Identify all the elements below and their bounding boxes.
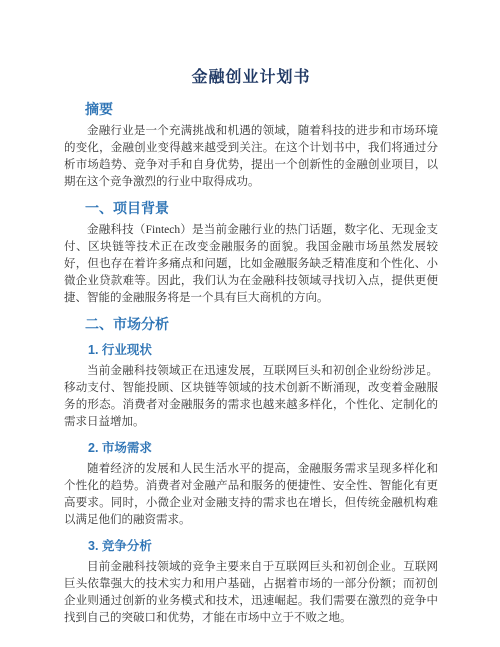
subheading-competition-analysis: 3. 竞争分析 <box>88 538 438 554</box>
paragraph-abstract: 金融行业是一个充满挑战和机遇的领域，随着科技的进步和市场环境的变化，金融创业变得… <box>64 123 438 191</box>
paragraph-industry-status: 当前金融科技领域正在迅速发展，互联网巨头和初创企业纷纷涉足。移动支付、智能投顾、… <box>64 363 438 431</box>
document-page: 金融创业计划书 摘要 金融行业是一个充满挑战和机遇的领域，随着科技的进步和市场环… <box>0 0 500 647</box>
paragraph-competition-analysis: 目前金融科技领域的竞争主要来自于互联网巨头和初创企业。互联网巨头依靠强大的技术实… <box>64 559 438 627</box>
paragraph-project-background: 金融科技（Fintech）是当前金融行业的热门话题，数字化、无现金支付、区块链等… <box>64 222 438 307</box>
paragraph-market-demand: 随着经济的发展和人民生活水平的提高，金融服务需求呈现多样化和个性化的趋势。消费者… <box>64 461 438 529</box>
subheading-market-demand: 2. 市场需求 <box>88 440 438 456</box>
heading-market-analysis: 二、市场分析 <box>85 315 438 333</box>
heading-abstract: 摘要 <box>85 100 438 118</box>
doc-title: 金融创业计划书 <box>64 68 438 88</box>
subheading-industry-status: 1. 行业现状 <box>88 342 438 358</box>
heading-project-background: 一、项目背景 <box>85 199 438 217</box>
